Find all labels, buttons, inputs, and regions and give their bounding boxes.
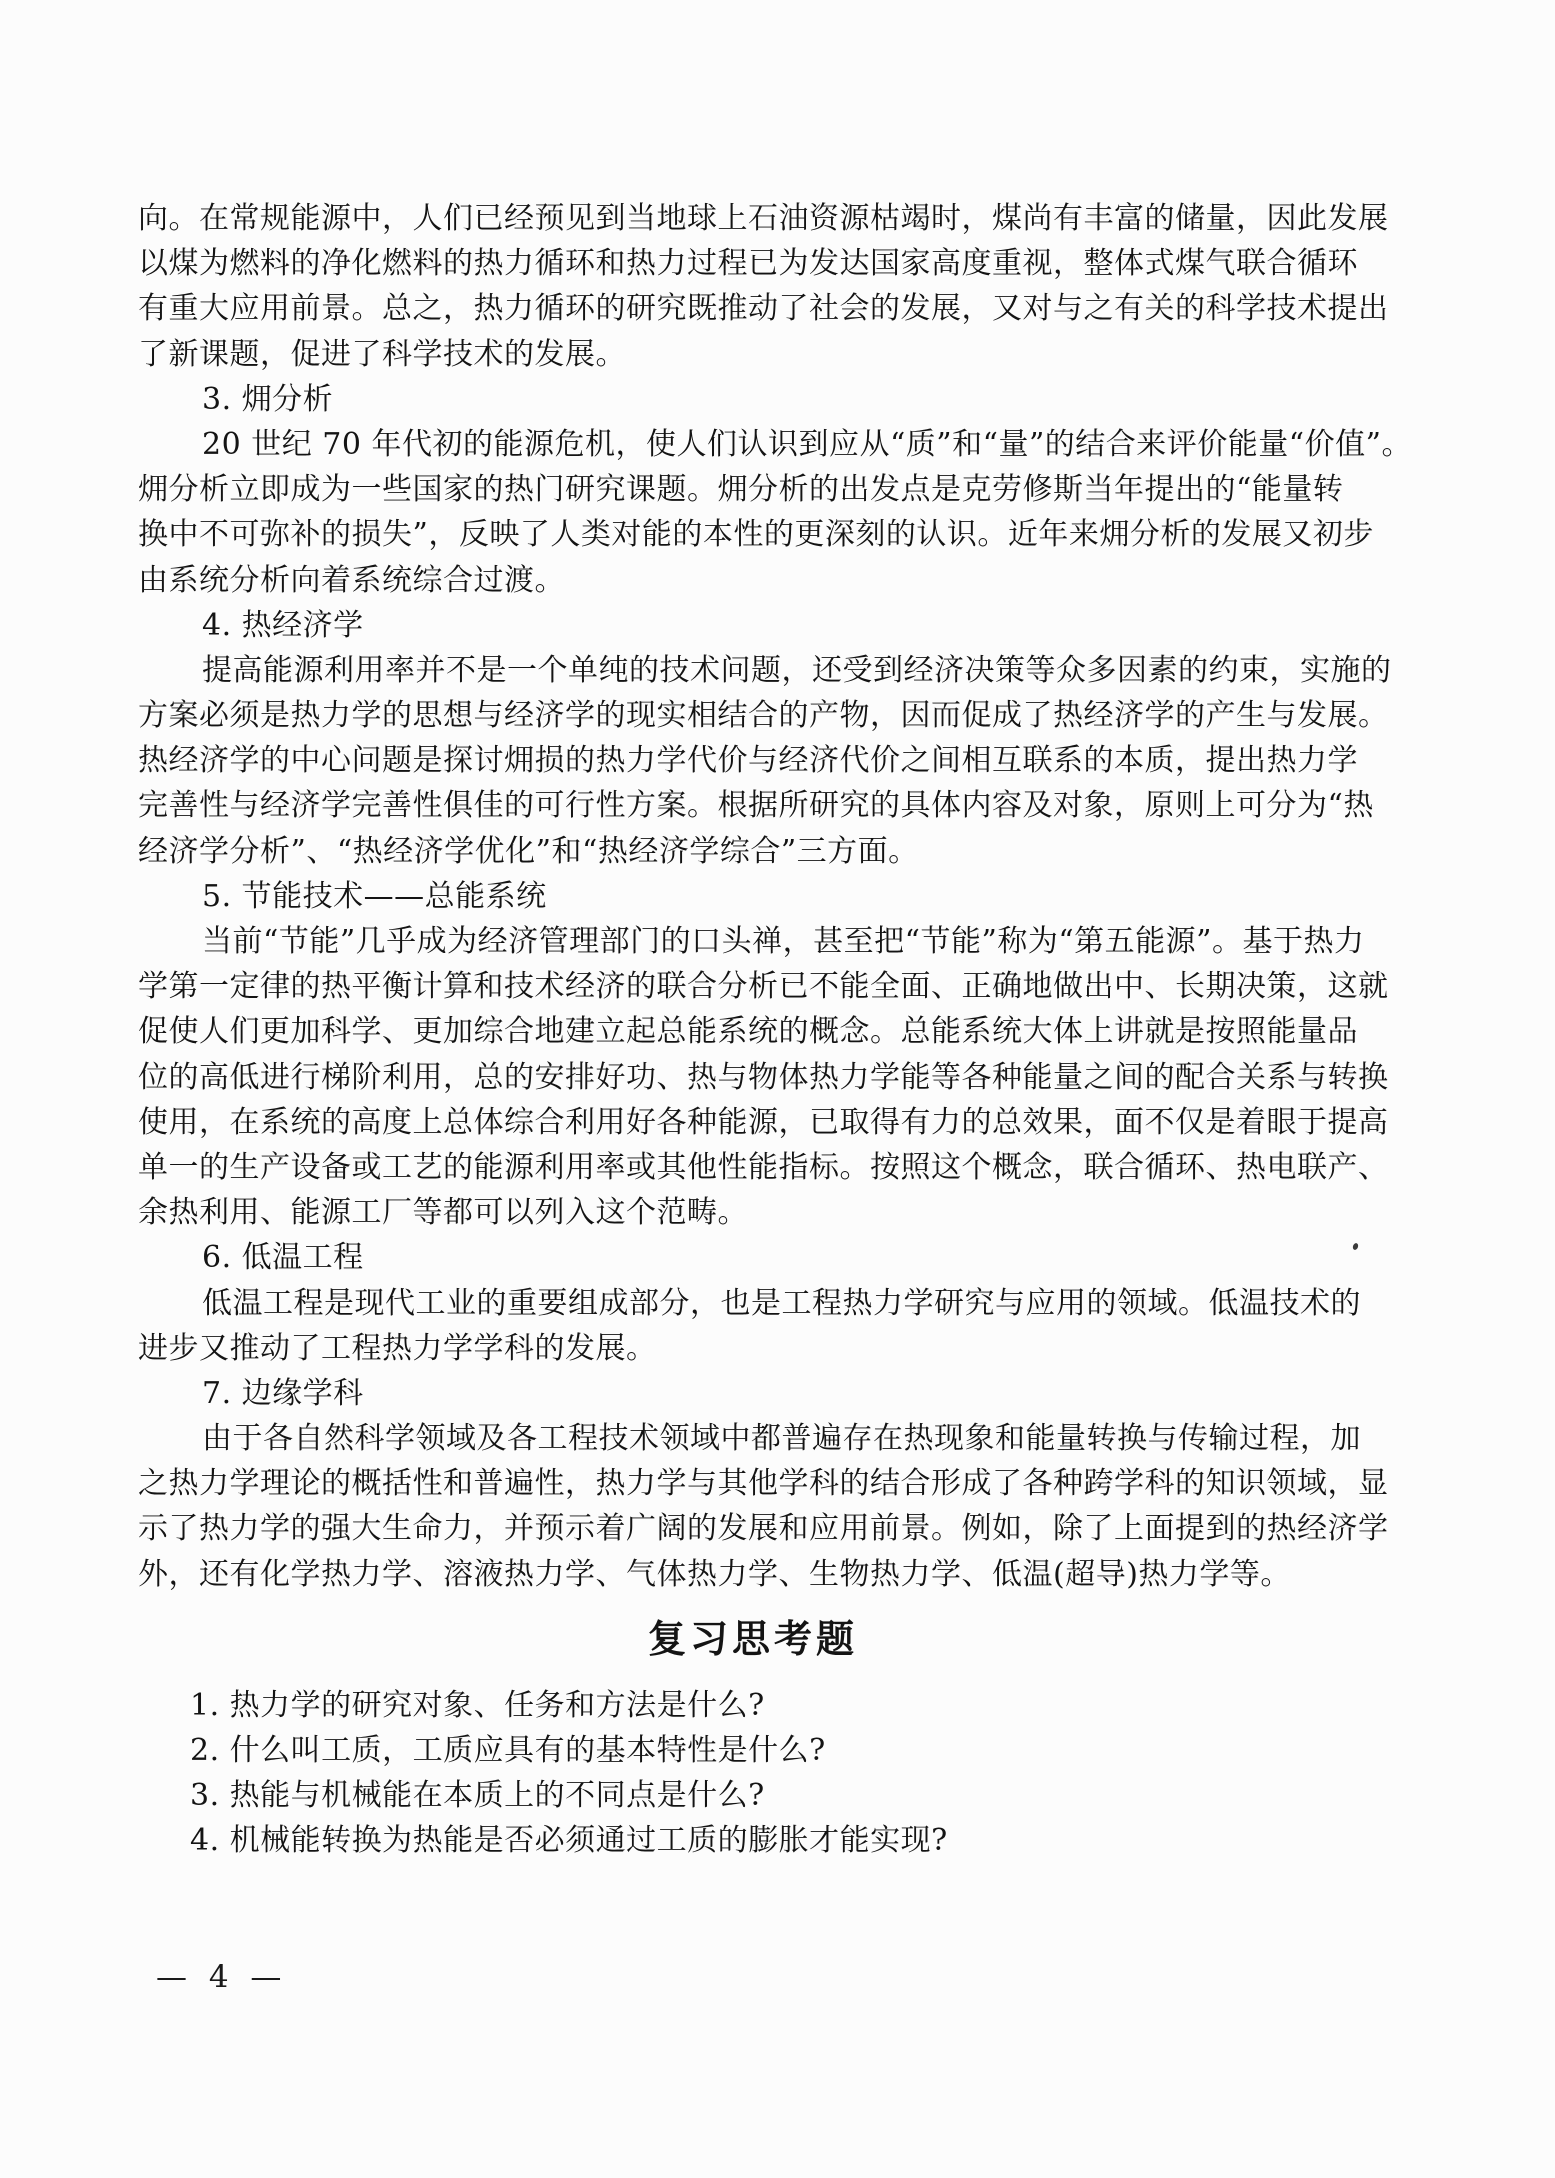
body-line: 单一的生产设备或工艺的能源利用率或其他性能指标。按照这个概念，联合循环、热电联产… [138, 1145, 1368, 1190]
section-heading-7: 7. 边缘学科 [138, 1371, 1368, 1416]
body-line: 学第一定律的热平衡计算和技术经济的联合分析已不能全面、正确地做出中、长期决策，这… [138, 964, 1368, 1009]
body-line: 完善性与经济学完善性俱佳的可行性方案。根据所研究的具体内容及对象，原则上可分为“… [138, 783, 1368, 828]
body-line: 使用，在系统的高度上总体综合利用好各种能源，已取得有力的总效果，面不仅是着眼于提… [138, 1100, 1368, 1145]
body-line: 外，还有化学热力学、溶液热力学、气体热力学、生物热力学、低温(超导)热力学等。 [138, 1552, 1368, 1597]
section-heading-3: 3. 㶲分析 [138, 377, 1368, 422]
question-item: 1. 热力学的研究对象、任务和方法是什么? [138, 1683, 1368, 1728]
body-line: 经济学分析”、“热经济学优化”和“热经济学综合”三方面。 [138, 829, 1368, 874]
body-line: 以煤为燃料的净化燃料的热力循环和热力过程已为发达国家高度重视，整体式煤气联合循环 [138, 241, 1368, 286]
scanned-book-page: 向。在常规能源中，人们已经预见到当地球上石油资源枯竭时，煤尚有丰富的储量，因此发… [0, 0, 1555, 2178]
question-item: 2. 什么叫工质，工质应具有的基本特性是什么? [138, 1728, 1368, 1773]
body-line: 由于各自然科学领域及各工程技术领域中都普遍存在热现象和能量转换与传输过程，加 [138, 1416, 1368, 1461]
body-line: 提高能源利用率并不是一个单纯的技术问题，还受到经济决策等众多因素的约束，实施的 [138, 648, 1368, 693]
question-item: 4. 机械能转换为热能是否必须通过工质的膨胀才能实现? [138, 1818, 1368, 1863]
body-line: 方案必须是热力学的思想与经济学的现实相结合的产物，因而促成了热经济学的产生与发展… [138, 693, 1368, 738]
page-number: — 4 — [156, 1957, 287, 1997]
section-heading-4: 4. 热经济学 [138, 603, 1368, 648]
body-line: 换中不可弥补的损失”，反映了人类对能的本性的更深刻的认识。近年来㶲分析的发展又初… [138, 512, 1368, 557]
body-line: 当前“节能”几乎成为经济管理部门的口头禅，甚至把“节能”称为“第五能源”。基于热… [138, 919, 1368, 964]
body-line: 向。在常规能源中，人们已经预见到当地球上石油资源枯竭时，煤尚有丰富的储量，因此发… [138, 196, 1368, 241]
body-line: 进步又推动了工程热力学学科的发展。 [138, 1326, 1368, 1371]
body-line: 由系统分析向着系统综合过渡。 [138, 558, 1368, 603]
body-text-block: 向。在常规能源中，人们已经预见到当地球上石油资源枯竭时，煤尚有丰富的储量，因此发… [138, 196, 1368, 1864]
review-questions-list: 1. 热力学的研究对象、任务和方法是什么? 2. 什么叫工质，工质应具有的基本特… [138, 1683, 1368, 1864]
body-line: 位的高低进行梯阶利用，总的安排好功、热与物体热力学能等各种能量之间的配合关系与转… [138, 1055, 1368, 1100]
section-heading-6: 6. 低温工程 [138, 1235, 1368, 1280]
body-line: 㶲分析立即成为一些国家的热门研究课题。㶲分析的出发点是克劳修斯当年提出的“能量转 [138, 467, 1368, 512]
body-line: 了新课题，促进了科学技术的发展。 [138, 332, 1368, 377]
section-heading-5: 5. 节能技术——总能系统 [138, 874, 1368, 919]
body-line: 示了热力学的强大生命力，并预示着广阔的发展和应用前景。例如，除了上面提到的热经济… [138, 1506, 1368, 1551]
body-line: 低温工程是现代工业的重要组成部分，也是工程热力学研究与应用的领域。低温技术的 [138, 1281, 1368, 1326]
question-item: 3. 热能与机械能在本质上的不同点是什么? [138, 1773, 1368, 1818]
body-line: 余热利用、能源工厂等都可以列入这个范畴。 [138, 1190, 1368, 1235]
body-line: 20 世纪 70 年代初的能源危机，使人们认识到应从“质”和“量”的结合来评价能… [138, 422, 1368, 467]
body-line: 有重大应用前景。总之，热力循环的研究既推动了社会的发展，又对与之有关的科学技术提… [138, 286, 1368, 331]
body-line: 促使人们更加科学、更加综合地建立起总能系统的概念。总能系统大体上讲就是按照能量品 [138, 1009, 1368, 1054]
body-line: 热经济学的中心问题是探讨㶲损的热力学代价与经济代价之间相互联系的本质，提出热力学 [138, 738, 1368, 783]
body-line: 之热力学理论的概括性和普遍性，热力学与其他学科的结合形成了各种跨学科的知识领域，… [138, 1461, 1368, 1506]
review-questions-heading: 复习思考题 [138, 1611, 1368, 1667]
